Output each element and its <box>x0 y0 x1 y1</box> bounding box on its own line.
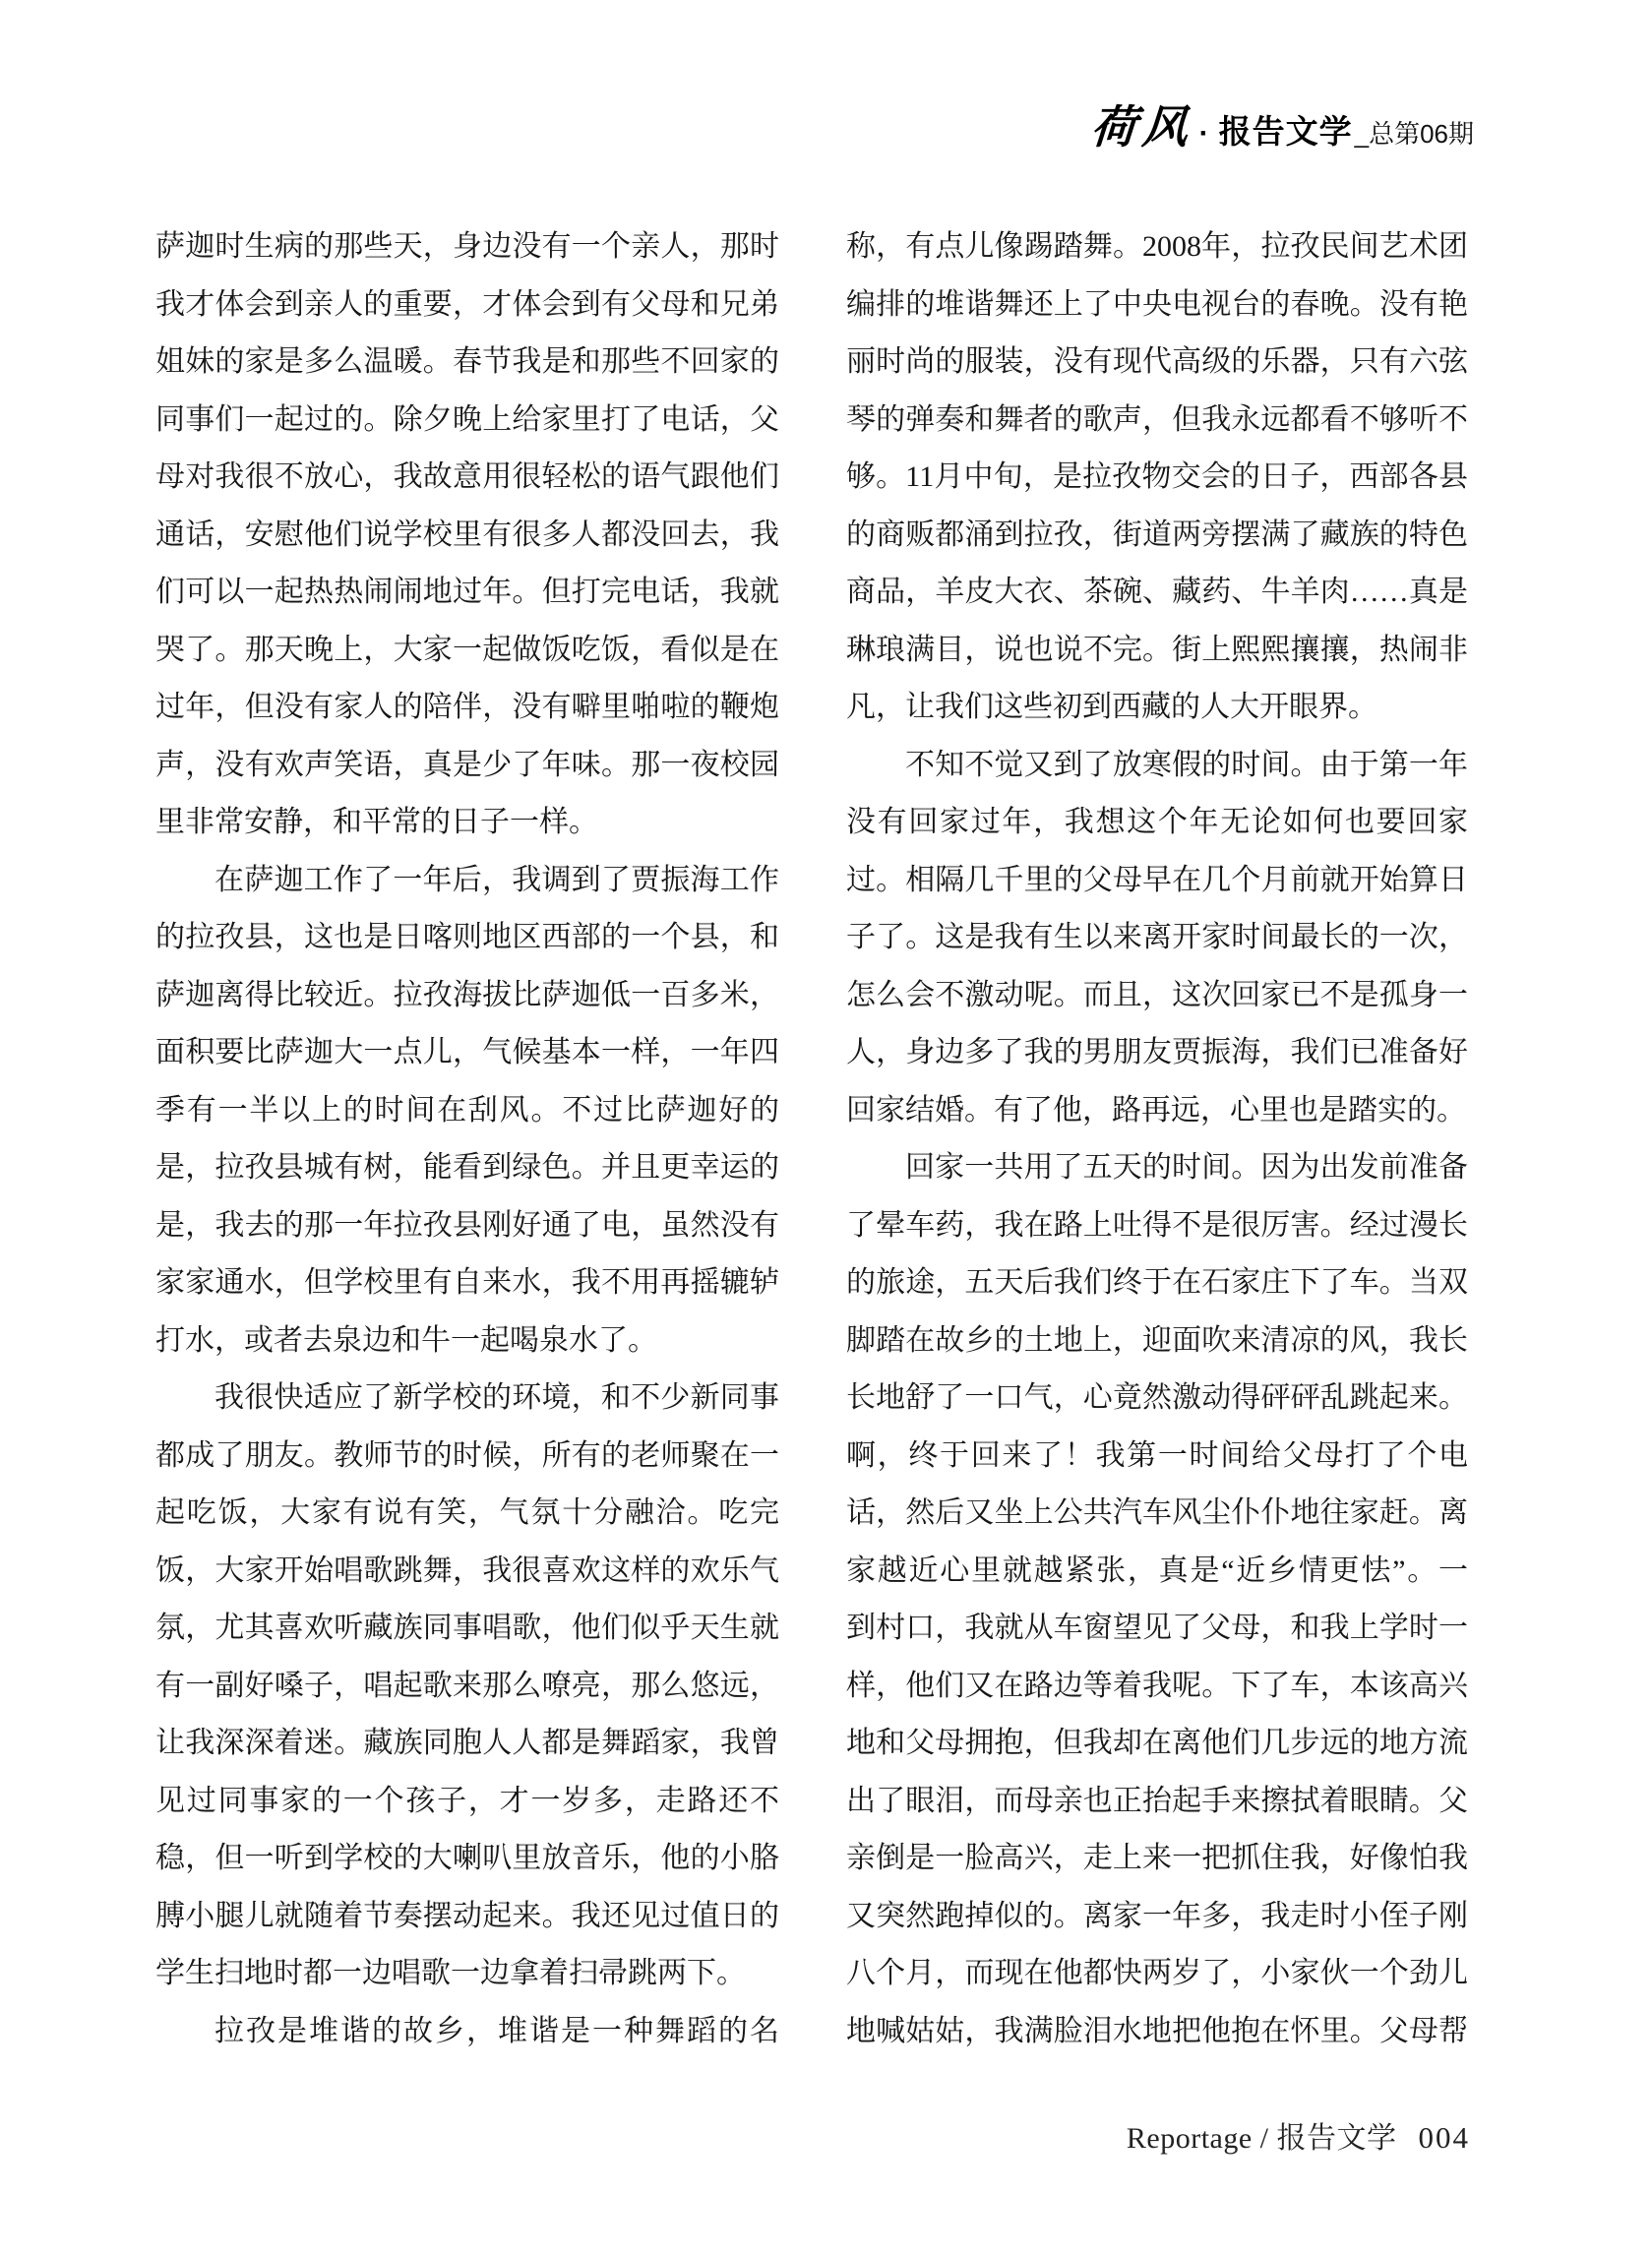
text-line: 季有一半以上的时间在刮风。不过比萨迦好的 <box>155 1082 779 1140</box>
paragraph: 我很快适应了新学校的环境，和不少新同事都成了朋友。教师节的时候，所有的老师聚在一… <box>155 1370 779 2003</box>
text-line: 没有回家过年，我想这个年无论如何也要回家 <box>846 794 1468 852</box>
left-text-column: 萨迦时生病的那些天，身边没有一个亲人，那时我才体会到亲人的重要，才体会到有父母和… <box>155 218 779 2060</box>
text-line: 家家通水，但学校里有自来水，我不用再摇辘轳 <box>155 1254 779 1312</box>
text-line: 称，有点儿像踢踏舞。2008年，拉孜民间艺术团 <box>846 218 1468 276</box>
text-line: 亲倒是一脸高兴，走上来一把抓住我，好像怕我 <box>846 1830 1468 1888</box>
text-line: 通话，安慰他们说学校里有很多人都没回去，我 <box>155 507 779 565</box>
text-line: 过。相隔几千里的父母早在几个月前就开始算日 <box>846 852 1468 910</box>
text-line: 让我深深着迷。藏族同胞人人都是舞蹈家，我曾 <box>155 1715 779 1773</box>
text-line: 我才体会到亲人的重要，才体会到有父母和兄弟 <box>155 276 779 335</box>
text-line: 又突然跑掉似的。离家一年多，我走时小侄子刚 <box>846 1888 1468 1946</box>
text-line: 怎么会不激动呢。而且，这次回家已不是孤身一 <box>846 967 1468 1025</box>
text-line: 有一副好嗓子，唱起歌来那么嘹亮，那么悠远， <box>155 1658 779 1716</box>
brand-section-title: 报告文学 <box>1219 115 1353 148</box>
text-line: 拉孜是堆谐的故乡，堆谐是一种舞蹈的名 <box>155 2003 779 2061</box>
text-line: 面积要比萨迦大一点儿，气候基本一样，一年四 <box>155 1024 779 1082</box>
magazine-page: 荷风 · 报告文学 _总第06期 萨迦时生病的那些天，身边没有一个亲人，那时我才… <box>0 0 1652 2254</box>
text-line: 氛，尤其喜欢听藏族同事唱歌，他们似乎天生就 <box>155 1600 779 1658</box>
page-number: 004 <box>1419 2120 1471 2156</box>
text-line: 话，然后又坐上公共汽车风尘仆仆地往家赶。离 <box>846 1485 1468 1543</box>
paragraph: 在萨迦工作了一年后，我调到了贾振海工作的拉孜县，这也是日喀则地区西部的一个县，和… <box>155 852 779 1371</box>
text-line: 够。11月中旬，是拉孜物交会的日子，西部各县 <box>846 449 1468 507</box>
text-line: 到村口，我就从车窗望见了父母，和我上学时一 <box>846 1600 1468 1658</box>
paragraph: 回家一共用了五天的时间。因为出发前准备了晕车药，我在路上吐得不是很厉害。经过漫长… <box>846 1139 1468 2060</box>
page-header: 荷风 · 报告文学 _总第06期 <box>1091 104 1474 151</box>
text-line: 我很快适应了新学校的环境，和不少新同事 <box>155 1370 779 1428</box>
text-line: 是，拉孜县城有树，能看到绿色。并且更幸运的 <box>155 1139 779 1197</box>
text-line: 饭，大家开始唱歌跳舞，我很喜欢这样的欢乐气 <box>155 1543 779 1601</box>
paragraph: 不知不觉又到了放寒假的时间。由于第一年没有回家过年，我想这个年无论如何也要回家过… <box>846 737 1468 1140</box>
right-text-column: 称，有点儿像踢踏舞。2008年，拉孜民间艺术团编排的堆谐舞还上了中央电视台的春晚… <box>846 218 1468 2060</box>
paragraph: 称，有点儿像踢踏舞。2008年，拉孜民间艺术团编排的堆谐舞还上了中央电视台的春晚… <box>846 218 1468 737</box>
paragraph: 萨迦时生病的那些天，身边没有一个亲人，那时我才体会到亲人的重要，才体会到有父母和… <box>155 218 779 852</box>
text-line: 声，没有欢声笑语，真是少了年味。那一夜校园 <box>155 737 779 795</box>
text-line: 琳琅满目，说也说不完。街上熙熙攘攘，热闹非 <box>846 622 1468 680</box>
text-line: 姐妹的家是多么温暖。春节我是和那些不回家的 <box>155 334 779 392</box>
text-line: 的拉孜县，这也是日喀则地区西部的一个县，和 <box>155 909 779 967</box>
text-line: 脚踏在故乡的土地上，迎面吹来清凉的风，我长 <box>846 1312 1468 1371</box>
text-line: 回家一共用了五天的时间。因为出发前准备 <box>846 1139 1468 1197</box>
text-line: 了晕车药，我在路上吐得不是很厉害。经过漫长 <box>846 1197 1468 1255</box>
text-line: 哭了。那天晚上，大家一起做饭吃饭，看似是在 <box>155 622 779 680</box>
page-footer: Reportage / 报告文学 004 <box>1127 2113 1470 2157</box>
footer-journal-zh: 报告文学 <box>1277 2113 1397 2157</box>
brand-separator-dot: · <box>1199 117 1209 151</box>
text-line: 过年，但没有家人的陪伴，没有噼里啪啦的鞭炮 <box>155 679 779 737</box>
text-line: 见过同事家的一个孩子，才一岁多，走路还不 <box>155 1773 779 1831</box>
text-line: 长地舒了一口气，心竟然激动得砰砰乱跳起来。 <box>846 1370 1468 1428</box>
text-line: 回家结婚。有了他，路再远，心里也是踏实的。 <box>846 1082 1468 1140</box>
issue-number-label: _总第06期 <box>1355 121 1474 147</box>
text-line: 打水，或者去泉边和牛一起喝泉水了。 <box>155 1312 779 1371</box>
article-body: 萨迦时生病的那些天，身边没有一个亲人，那时我才体会到亲人的重要，才体会到有父母和… <box>155 218 1468 2060</box>
text-line: 八个月，而现在他都快两岁了，小家伙一个劲儿 <box>846 1945 1468 2003</box>
text-line: 啊，终于回来了！我第一时间给父母打了个电 <box>846 1428 1468 1486</box>
text-line: 的旅途，五天后我们终于在石家庄下了车。当双 <box>846 1254 1468 1312</box>
text-line: 们可以一起热热闹闹地过年。但打完电话，我就 <box>155 564 779 622</box>
text-line: 萨迦时生病的那些天，身边没有一个亲人，那时 <box>155 218 779 276</box>
text-line: 地喊姑姑，我满脸泪水地把他抱在怀里。父母帮 <box>846 2003 1468 2061</box>
text-line: 家越近心里就越紧张，真是“近乡情更怯”。一 <box>846 1543 1468 1601</box>
text-line: 样，他们又在路边等着我呢。下了车，本该高兴 <box>846 1658 1468 1716</box>
brand-logo-calligraphy: 荷风 <box>1089 104 1194 150</box>
text-line: 母对我很不放心，我故意用很轻松的语气跟他们 <box>155 449 779 507</box>
text-line: 膊小腿儿就随着节奏摆动起来。我还见过值日的 <box>155 1888 779 1946</box>
text-line: 在萨迦工作了一年后，我调到了贾振海工作 <box>155 852 779 910</box>
text-line: 编排的堆谐舞还上了中央电视台的春晚。没有艳 <box>846 276 1468 335</box>
footer-journal-en: Reportage <box>1127 2122 1253 2156</box>
text-line: 萨迦离得比较近。拉孜海拔比萨迦低一百多米， <box>155 967 779 1025</box>
text-line: 起吃饭，大家有说有笑，气氛十分融洽。吃完 <box>155 1485 779 1543</box>
text-line: 稳，但一听到学校的大喇叭里放音乐，他的小胳 <box>155 1830 779 1888</box>
text-line: 的商贩都涌到拉孜，街道两旁摆满了藏族的特色 <box>846 507 1468 565</box>
footer-separator: / <box>1260 2122 1269 2156</box>
text-line: 琴的弹奏和舞者的歌声，但我永远都看不够听不 <box>846 392 1468 450</box>
text-line: 同事们一起过的。除夕晚上给家里打了电话，父 <box>155 392 779 450</box>
text-line: 地和父母拥抱，但我却在离他们几步远的地方流 <box>846 1715 1468 1773</box>
text-line: 商品，羊皮大衣、茶碗、藏药、牛羊肉……真是 <box>846 564 1468 622</box>
text-line: 子了。这是我有生以来离开家时间最长的一次， <box>846 909 1468 967</box>
text-line: 都成了朋友。教师节的时候，所有的老师聚在一 <box>155 1428 779 1486</box>
text-line: 是，我去的那一年拉孜县刚好通了电，虽然没有 <box>155 1197 779 1255</box>
text-line: 学生扫地时都一边唱歌一边拿着扫帚跳两下。 <box>155 1945 779 2003</box>
text-line: 出了眼泪，而母亲也正抬起手来擦拭着眼睛。父 <box>846 1773 1468 1831</box>
paragraph: 拉孜是堆谐的故乡，堆谐是一种舞蹈的名 <box>155 2003 779 2061</box>
text-line: 里非常安静，和平常的日子一样。 <box>155 794 779 852</box>
text-line: 人，身边多了我的男朋友贾振海，我们已准备好 <box>846 1024 1468 1082</box>
text-line: 丽时尚的服装，没有现代高级的乐器，只有六弦 <box>846 334 1468 392</box>
text-line: 不知不觉又到了放寒假的时间。由于第一年 <box>846 737 1468 795</box>
text-line: 凡，让我们这些初到西藏的人大开眼界。 <box>846 679 1468 737</box>
